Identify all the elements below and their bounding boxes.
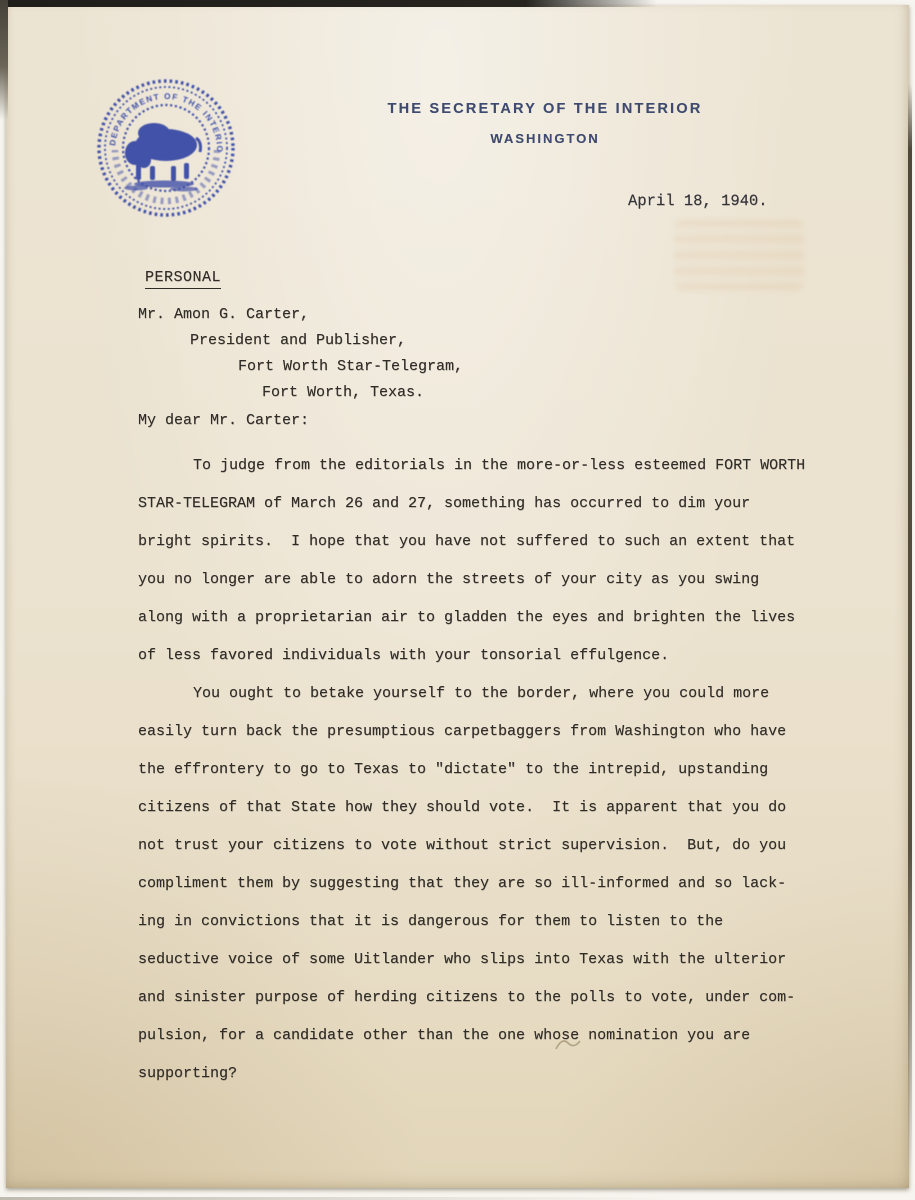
body-line: along with a proprietarian air to gladde…	[138, 599, 805, 637]
recipient-title: President and Publisher,	[190, 328, 463, 354]
body-line: not trust your citizens to vote without …	[138, 827, 805, 865]
letterhead-city: WASHINGTON	[320, 131, 770, 146]
body-line: seductive voice of some Uitlander who sl…	[138, 941, 805, 979]
pencil-mark	[554, 1035, 584, 1055]
photo-edge-top	[0, 0, 657, 7]
interior-department-seal: DEPARTMENT OF THE INTERIOR	[92, 76, 240, 218]
personal-label: PERSONAL	[145, 269, 221, 289]
photo-edge-left	[0, 0, 8, 120]
recipient-org: Fort Worth Star-Telegram,	[238, 354, 463, 380]
body-line: pulsion, for a candidate other than the …	[138, 1017, 805, 1055]
ink-bleedthrough	[674, 220, 804, 290]
body-line: ing in convictions that it is dangerous …	[138, 903, 805, 941]
body-line: of less favored individuals with your to…	[138, 637, 805, 675]
body-line: compliment them by suggesting that they …	[138, 865, 805, 903]
recipient-address: Mr. Amon G. Carter, President and Publis…	[138, 302, 463, 406]
body-line: and sinister purpose of herding citizens…	[138, 979, 805, 1017]
letter-body: To judge from the editorials in the more…	[138, 447, 805, 1093]
body-line: easily turn back the presumptious carpet…	[138, 713, 805, 751]
letterhead-agency: THE SECRETARY OF THE INTERIOR	[320, 101, 770, 117]
body-line: STAR-TELEGRAM of March 26 and 27, someth…	[138, 485, 805, 523]
letter-page: DEPARTMENT OF THE INTERIOR THE SECRETARY…	[6, 5, 909, 1188]
bison-icon	[124, 123, 201, 192]
body-line: To judge from the editorials in the more…	[138, 447, 805, 485]
photo-edge-right	[908, 84, 912, 1174]
body-line: citizens of that State how they should v…	[138, 789, 805, 827]
recipient-name: Mr. Amon G. Carter,	[138, 302, 463, 328]
date-line: April 18, 1940.	[628, 192, 768, 210]
body-line: supporting?	[138, 1055, 805, 1093]
recipient-city: Fort Worth, Texas.	[262, 380, 463, 406]
body-line: the effrontery to go to Texas to "dictat…	[138, 751, 805, 789]
salutation: My dear Mr. Carter:	[138, 412, 309, 429]
body-line: you no longer are able to adorn the stre…	[138, 561, 805, 599]
body-line: bright spirits. I hope that you have not…	[138, 523, 805, 561]
body-line: You ought to betake yourself to the bord…	[138, 675, 805, 713]
letterhead: THE SECRETARY OF THE INTERIOR WASHINGTON	[320, 101, 770, 146]
